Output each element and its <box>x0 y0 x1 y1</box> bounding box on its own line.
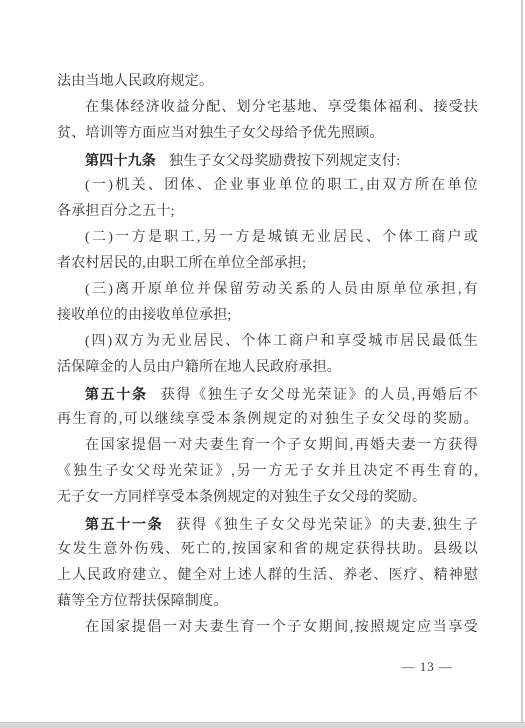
text-line: 法由当地人民政府规定。 <box>57 69 478 95</box>
text-line: 再生育的,可以继续享受本条例规定的对独生子女父母的奖励。 <box>57 407 478 433</box>
line-text: 活保障金的人员由户籍所在地人民政府承担。 <box>57 360 341 375</box>
line-text: 获得《独生子女父母光荣证》的夫妻,独生子 <box>176 518 478 533</box>
text-line: 活保障金的人员由户籍所在地人民政府承担。 <box>57 355 478 381</box>
text-line: 在国家提倡一对夫妻生育一个子女期间,按照规定应当享受 <box>57 615 478 641</box>
text-line: 上人民政府建立、健全对上述人群的生活、养老、医疗、精神慰 <box>57 563 478 589</box>
text-line: 贫、培训等方面应当对独生子女父母给予优先照顾。 <box>57 121 478 147</box>
document-page: 法由当地人民政府规定。 在集体经济收益分配、划分宅基地、享受集体福利、接受扶 贫… <box>0 0 525 728</box>
line-text: (四)双方为无业居民、个体工商户和享受城市居民最低生 <box>85 334 478 349</box>
text-line-item-2: (二)一方是职工,另一方是城镇无业居民、个体工商户或 <box>57 225 478 251</box>
text-line: 无子女一方同样享受本条例规定的对独生子女父母的奖励。 <box>57 485 478 511</box>
line-text: 再生育的,可以继续享受本条例规定的对独生子女父母的奖励。 <box>57 412 478 427</box>
text-line-item-3: (三)离开原单位并保留劳动关系的人员由原单位承担,有 <box>57 277 478 303</box>
text-line: 者农村居民的,由职工所在单位全部承担; <box>57 251 478 277</box>
line-text: 藉等全方位帮扶保障制度。 <box>57 594 227 609</box>
text-line: 各承担百分之五十; <box>57 199 478 225</box>
text-line: 接收单位的由接收单位承担; <box>57 303 478 329</box>
line-text: (二)一方是职工,另一方是城镇无业居民、个体工商户或 <box>85 230 478 245</box>
text-line: 在国家提倡一对夫妻生育一个子女期间,再婚夫妻一方获得 <box>57 433 478 459</box>
line-text: 获得《独生子女父母光荣证》的人员,再婚后不 <box>161 388 478 403</box>
text-line-item-4: (四)双方为无业居民、个体工商户和享受城市居民最低生 <box>57 329 478 355</box>
text-line-article-49: 第四十九条独生子女父母奖励费按下列规定支付: <box>57 147 478 173</box>
line-text: (三)离开原单位并保留劳动关系的人员由原单位承担,有 <box>85 282 478 297</box>
text-line-item-1: (一)机关、团体、企业事业单位的职工,由双方所在单位 <box>57 173 478 199</box>
line-text: 法由当地人民政府规定。 <box>57 74 213 89</box>
line-text: 女发生意外伤残、死亡的,按国家和省的规定获得扶助。县级以 <box>57 542 478 557</box>
article-number: 第五十条 <box>85 386 148 402</box>
line-text: 无子女一方同样享受本条例规定的对独生子女父母的奖励。 <box>57 490 426 505</box>
line-text: 在集体经济收益分配、划分宅基地、享受集体福利、接受扶 <box>85 100 478 115</box>
article-number: 第五十一条 <box>85 516 163 532</box>
text-line-article-50: 第五十条获得《独生子女父母光荣证》的人员,再婚后不 <box>57 381 478 407</box>
line-text: 各承担百分之五十; <box>57 204 175 219</box>
text-line: 女发生意外伤残、死亡的,按国家和省的规定获得扶助。县级以 <box>57 537 478 563</box>
line-text: 在国家提倡一对夫妻生育一个子女期间,按照规定应当享受 <box>85 620 478 635</box>
page-bottom-edge <box>0 722 525 728</box>
text-line: 《独生子女父母光荣证》,另一方无子女并且决定不再生育的, <box>57 459 478 485</box>
page-right-edge <box>521 0 523 728</box>
line-text: 上人民政府建立、健全对上述人群的生活、养老、医疗、精神慰 <box>57 568 478 583</box>
line-text: (一)机关、团体、企业事业单位的职工,由双方所在单位 <box>85 178 478 193</box>
article-number: 第四十九条 <box>85 152 156 168</box>
line-text: 者农村居民的,由职工所在单位全部承担; <box>57 256 306 271</box>
line-text: 贫、培训等方面应当对独生子女父母给予优先照顾。 <box>57 126 384 141</box>
line-text: 接收单位的由接收单位承担; <box>57 308 232 323</box>
text-line: 藉等全方位帮扶保障制度。 <box>57 589 478 615</box>
page-number: — 13 — <box>57 654 478 680</box>
document-text-block: 法由当地人民政府规定。 在集体经济收益分配、划分宅基地、享受集体福利、接受扶 贫… <box>57 69 478 680</box>
line-text: 独生子女父母奖励费按下列规定支付: <box>169 154 400 169</box>
line-text: 《独生子女父母光荣证》,另一方无子女并且决定不再生育的, <box>57 464 478 479</box>
text-line-article-51: 第五十一条获得《独生子女父母光荣证》的夫妻,独生子 <box>57 511 478 537</box>
line-text: 在国家提倡一对夫妻生育一个子女期间,再婚夫妻一方获得 <box>85 438 478 453</box>
text-line: 在集体经济收益分配、划分宅基地、享受集体福利、接受扶 <box>57 95 478 121</box>
